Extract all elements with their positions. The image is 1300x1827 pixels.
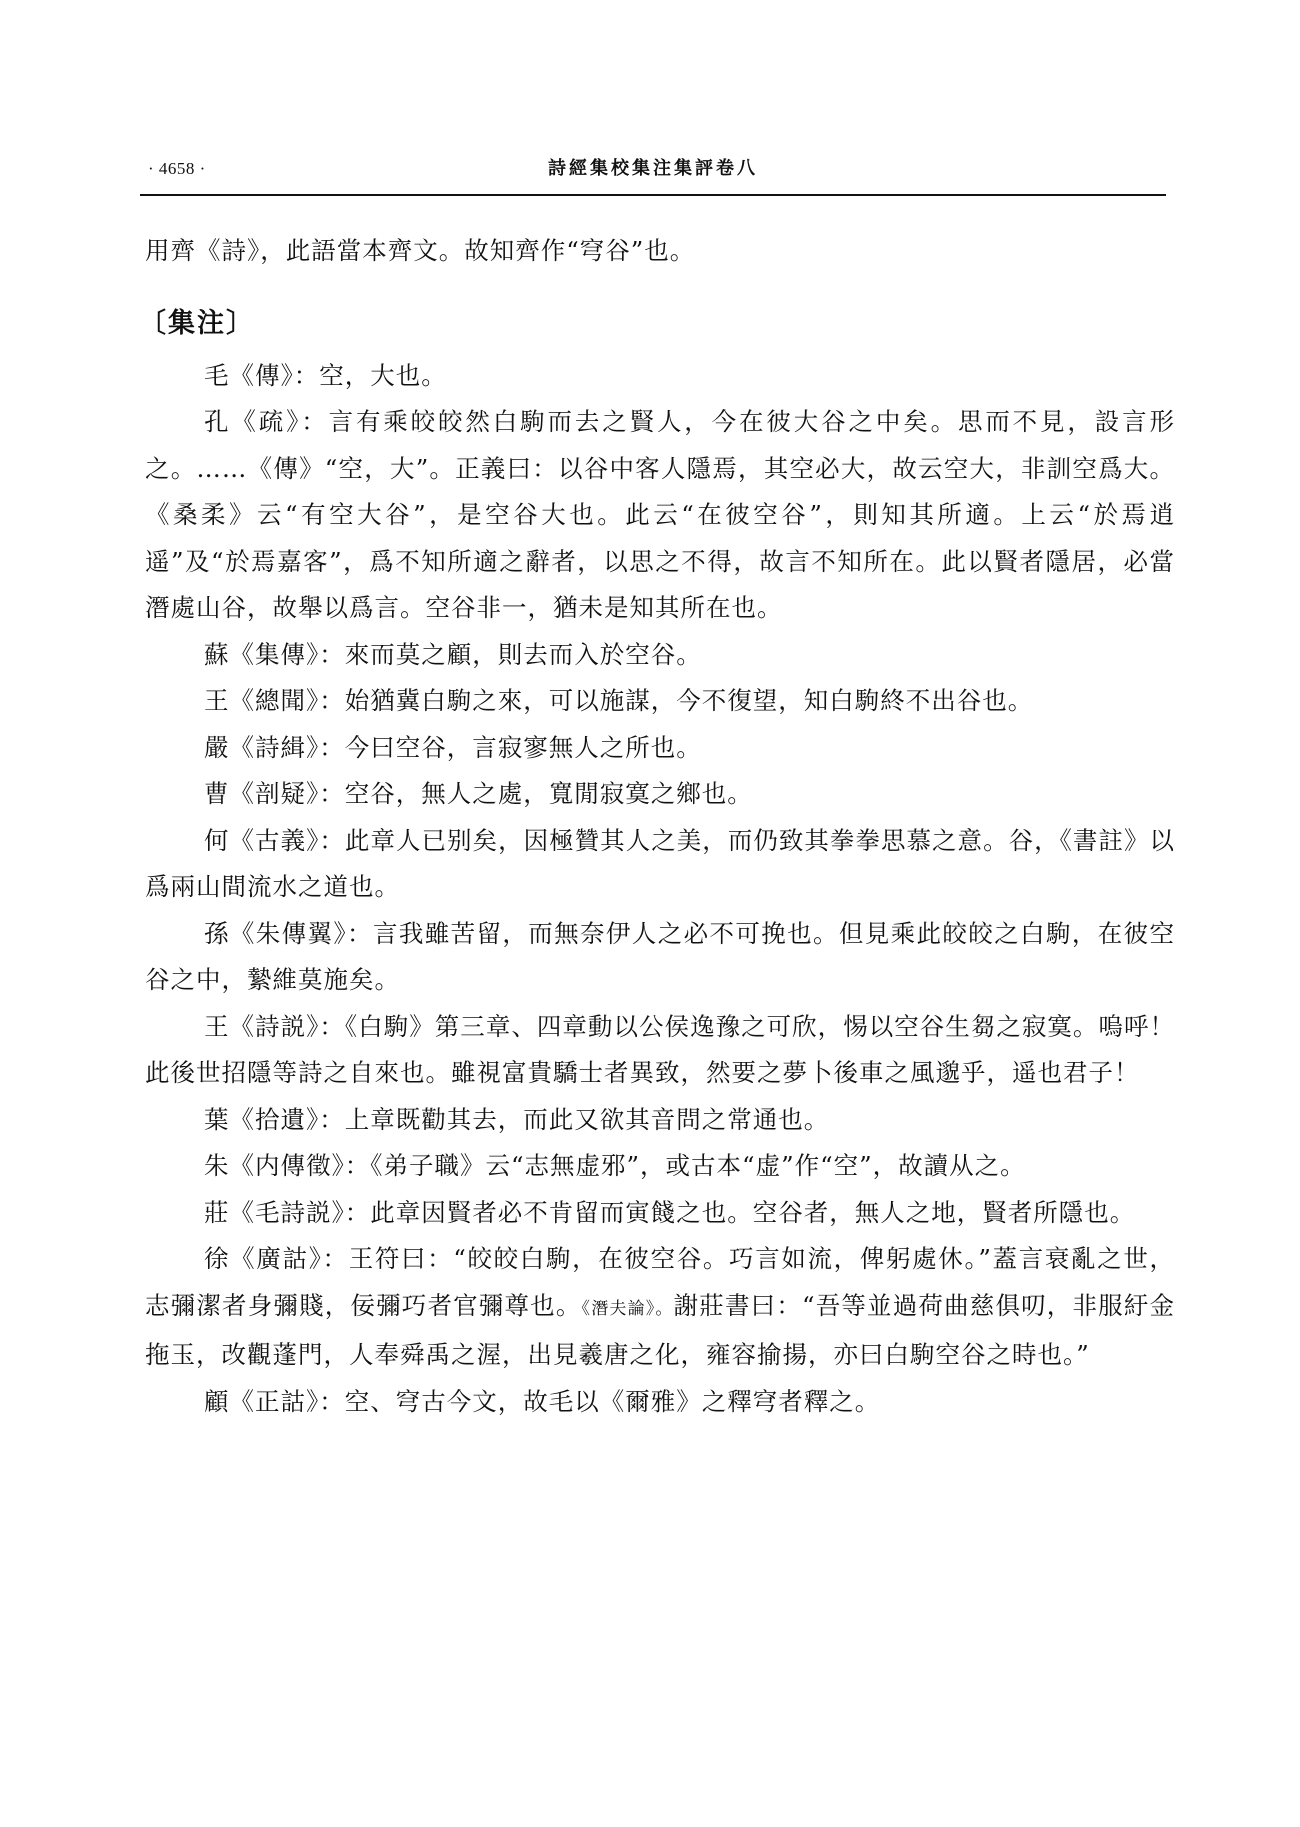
- page-header: · 4658 · 詩經集校集注集評卷八: [140, 154, 1170, 184]
- commentary-entry: 孔《疏》：言有乘皎皎然白駒而去之賢人，今在彼大谷之中矣。思而不見，設言形之。………: [145, 399, 1175, 632]
- entry-text: 今曰空谷，言寂寥無人之所也。: [345, 733, 702, 762]
- commentary-entry: 朱《内傳徵》：《弟子職》云“志無虚邪”，或古本“虚”作“空”，故讀从之。: [145, 1143, 1175, 1190]
- page-number: · 4658 ·: [148, 154, 206, 184]
- commentary-entry: 王《詩説》：《白駒》第三章、四章動以公侯逸豫之可欣，惕以空谷生芻之寂寞。嗚呼！此…: [145, 1004, 1175, 1097]
- commentary-entry: 蘇《集傳》：來而莫之顧，則去而入於空谷。: [145, 632, 1175, 679]
- commentary-entry: 曹《剖疑》：空谷，無人之處，寬閒寂寞之鄉也。: [145, 771, 1175, 818]
- entry-text: 始猶冀白駒之來，可以施謀，今不復望，知白駒終不出谷也。: [345, 686, 1034, 715]
- entry-source: 孫《朱傳翼》：: [204, 919, 373, 948]
- entry-text: 來而莫之顧，則去而入於空谷。: [345, 640, 702, 669]
- entry-source: 莊《毛詩説》：: [204, 1198, 370, 1227]
- entry-source: 王《詩説》：: [204, 1012, 345, 1041]
- section-heading: 〔集注〕: [139, 301, 1175, 347]
- body-text: 用齊《詩》，此語當本齊文。故知齊作“穹谷”也。 〔集注〕 毛《傳》：空，大也。 …: [145, 228, 1175, 1425]
- entry-source: 葉《拾遺》：: [204, 1105, 345, 1134]
- entry-source: 嚴《詩緝》：: [204, 733, 345, 762]
- entry-source: 朱《内傳徵》：: [204, 1151, 370, 1180]
- entry-source: 何《古義》：: [204, 826, 345, 855]
- entry-source: 蘇《集傳》：: [204, 640, 345, 669]
- entry-text: 《弟子職》云“志無虚邪”，或古本“虚”作“空”，故讀从之。: [370, 1151, 1025, 1180]
- entry-source: 徐《廣詁》：: [204, 1244, 349, 1273]
- book-page: · 4658 · 詩經集校集注集評卷八 用齊《詩》，此語當本齊文。故知齊作“穹谷…: [0, 0, 1300, 1827]
- header-rule: [140, 194, 1166, 196]
- continuation-paragraph: 用齊《詩》，此語當本齊文。故知齊作“穹谷”也。: [145, 228, 1175, 275]
- entry-source: 孔《疏》：: [204, 407, 329, 436]
- commentary-entry: 孫《朱傳翼》：言我雖苦留，而無奈伊人之必不可挽也。但見乘此皎皎之白駒，在彼空谷之…: [145, 911, 1175, 1004]
- entry-text: 言有乘皎皎然白駒而去之賢人，今在彼大谷之中矣。思而不見，設言形之。……《傳》“空…: [145, 407, 1175, 622]
- commentary-entry: 徐《廣詁》：王符曰：“皎皎白駒，在彼空谷。巧言如流，俾躬處休。”蓋言衰亂之世，志…: [145, 1236, 1175, 1379]
- commentary-entry: 莊《毛詩説》：此章因賢者必不肯留而寅餞之也。空谷者，無人之地，賢者所隱也。: [145, 1190, 1175, 1237]
- entry-source: 顧《正詁》：: [204, 1387, 345, 1416]
- commentary-entry: 顧《正詁》：空、穹古今文，故毛以《爾雅》之釋穹者釋之。: [145, 1379, 1175, 1426]
- entry-text: 空谷，無人之處，寬閒寂寞之鄉也。: [345, 779, 753, 808]
- entry-text: 此章因賢者必不肯留而寅餞之也。空谷者，無人之地，賢者所隱也。: [370, 1198, 1135, 1227]
- entry-text: 上章既勸其去，而此又欲其音問之常通也。: [345, 1105, 830, 1134]
- entry-text: 空、穹古今文，故毛以《爾雅》之釋穹者釋之。: [345, 1387, 881, 1416]
- commentary-entry: 何《古義》：此章人已别矣，因極贊其人之美，而仍致其拳拳思慕之意。谷，《書註》以爲…: [145, 818, 1175, 911]
- commentary-entry: 葉《拾遺》：上章既勸其去，而此又欲其音問之常通也。: [145, 1097, 1175, 1144]
- commentary-entry: 王《總聞》：始猶冀白駒之來，可以施謀，今不復望，知白駒終不出谷也。: [145, 678, 1175, 725]
- running-title: 詩經集校集注集評卷八: [548, 154, 758, 184]
- commentary-entry: 毛《傳》：空，大也。: [145, 353, 1175, 400]
- entry-source: 曹《剖疑》：: [204, 779, 345, 808]
- commentary-entry: 嚴《詩緝》：今曰空谷，言寂寥無人之所也。: [145, 725, 1175, 772]
- entry-text: 空，大也。: [319, 361, 447, 390]
- entry-source: 毛《傳》：: [204, 361, 319, 390]
- entry-source: 王《總聞》：: [204, 686, 345, 715]
- inline-citation-note: 《潛夫論》。: [582, 1299, 674, 1319]
